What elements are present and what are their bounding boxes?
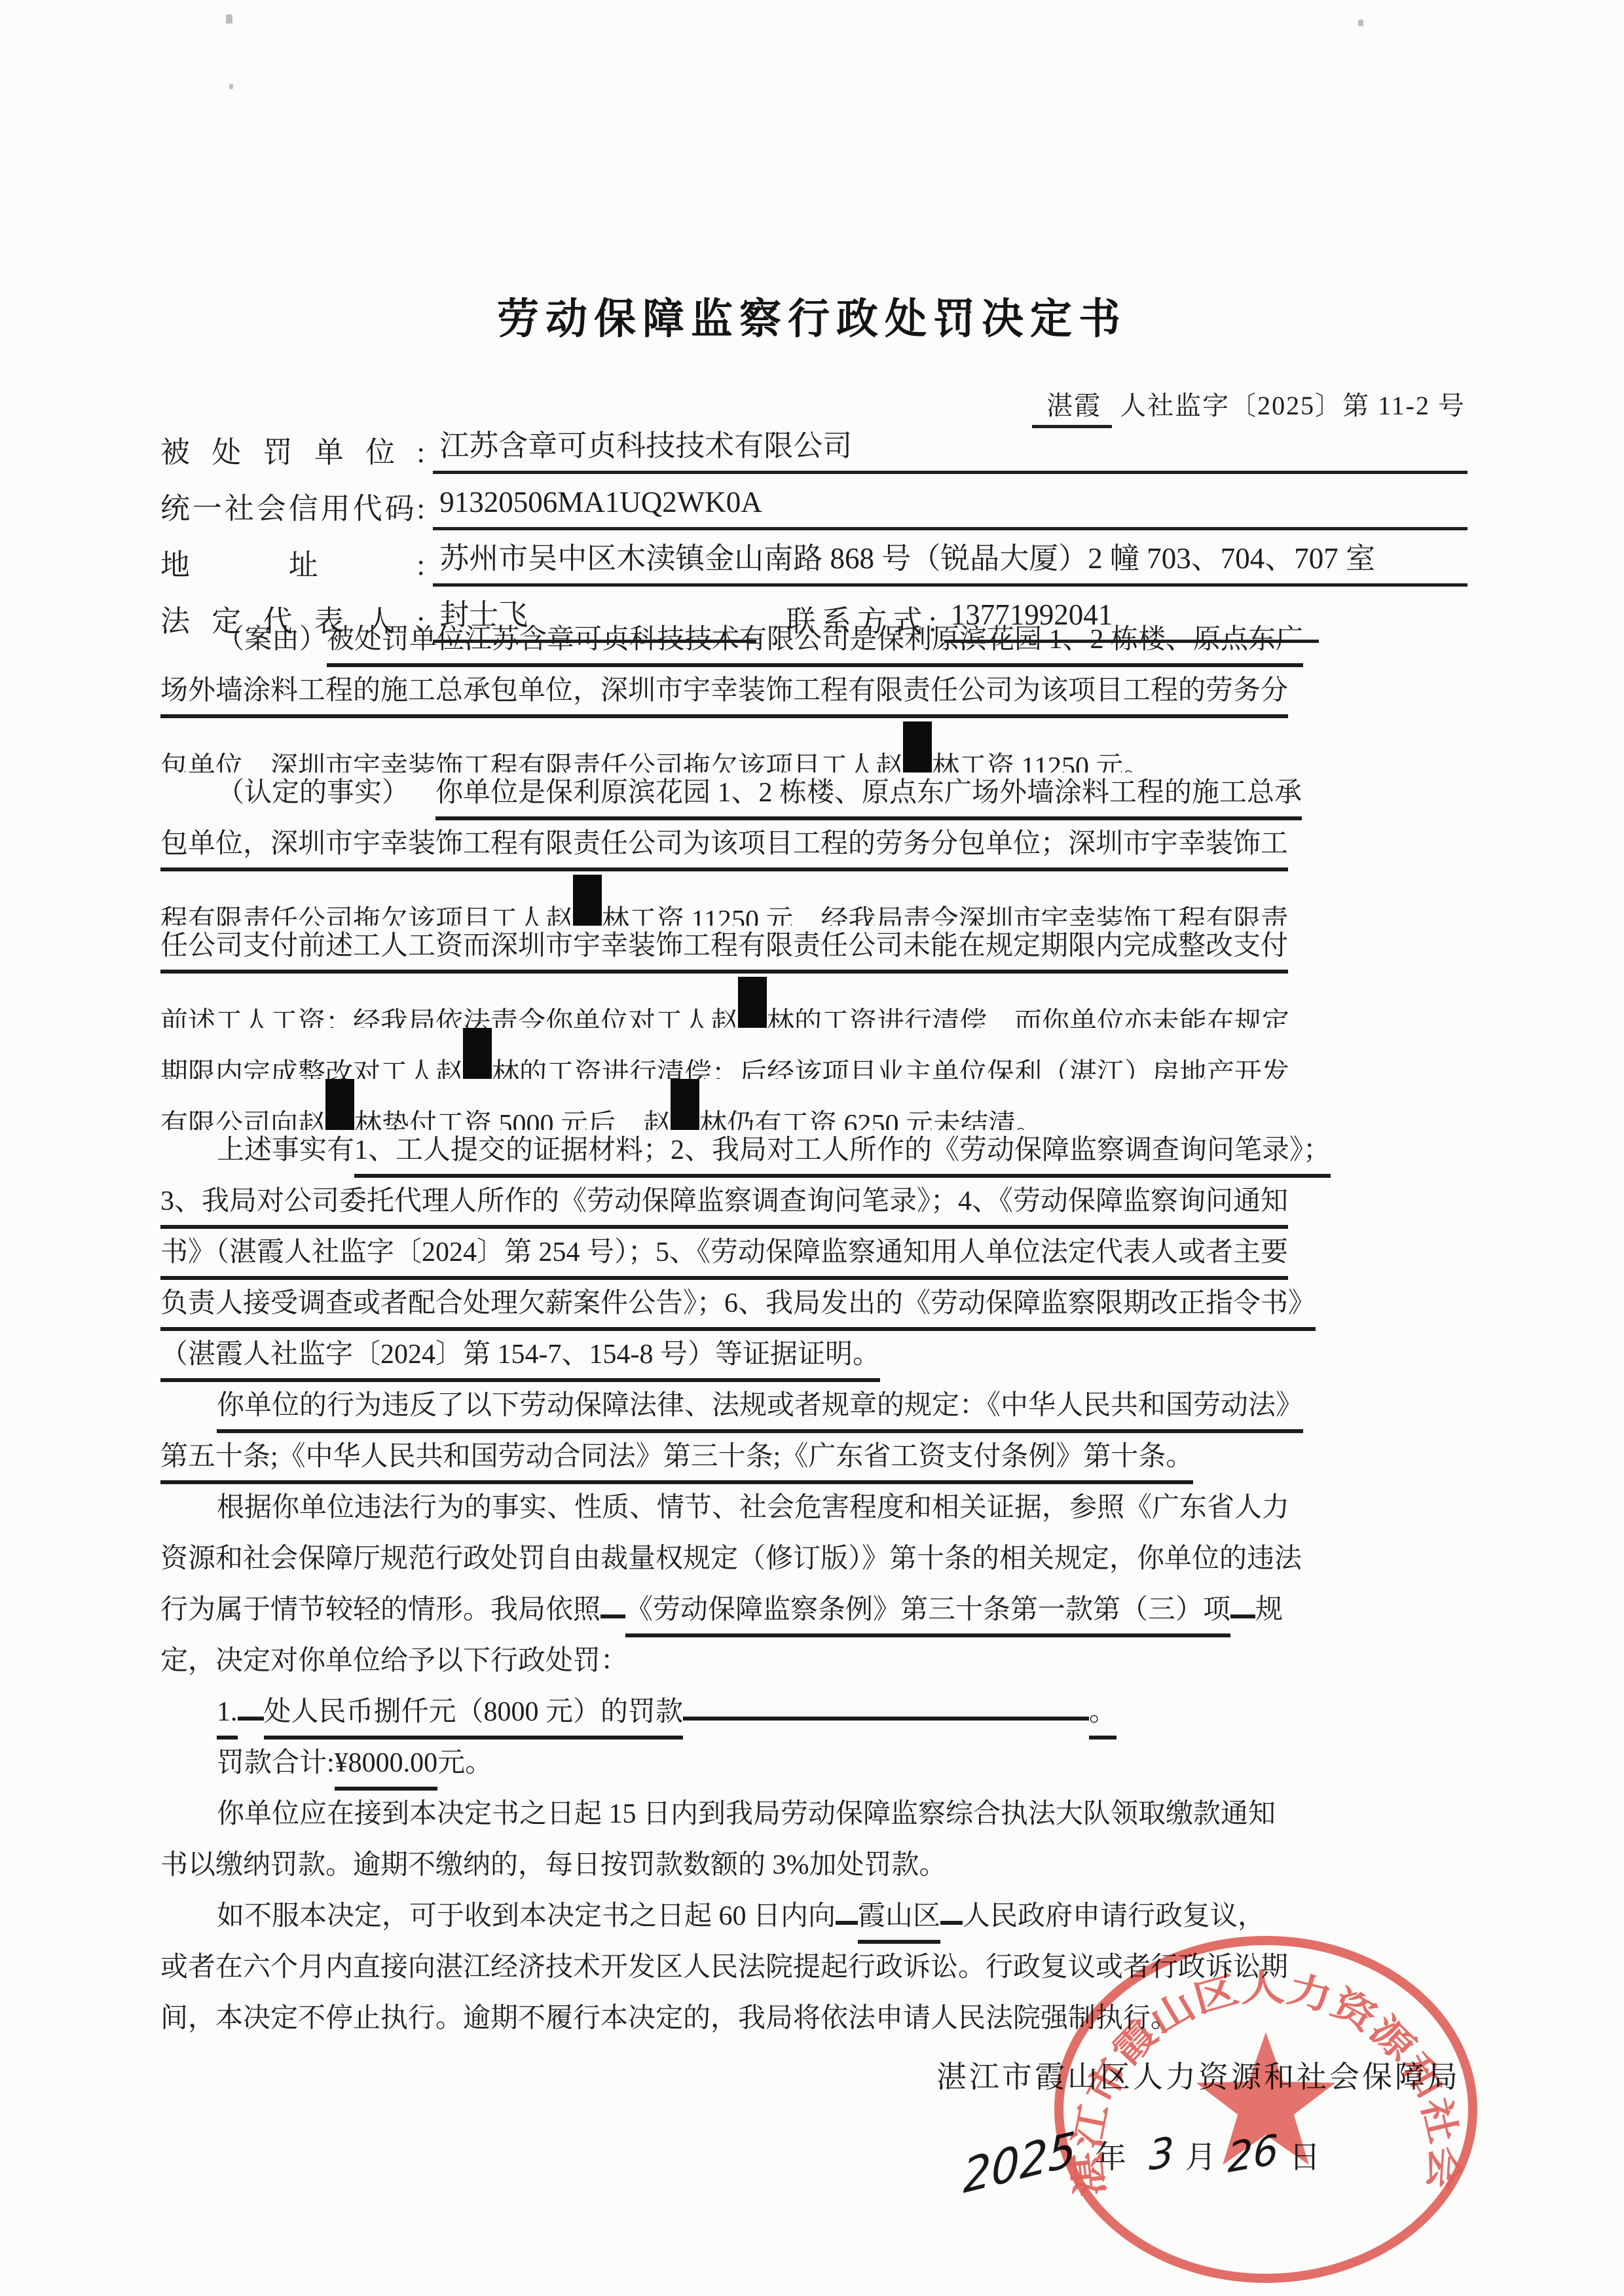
text-run: 前述工人工资；经我局依法责令你单位对工人赵 [160,1002,738,1028]
field-label: 被处罚单位: [160,431,426,474]
handwritten-year: 2025 [963,2121,1077,2205]
redaction-box [463,1028,492,1079]
redaction-box [573,875,602,926]
body-line: （案由）被处罚单位江苏含章可贞科技技术有限公司是保利原滨花园 1、2 栋楼、原点… [160,619,1467,670]
decision-date: 2025年3月26日 [961,2125,1321,2179]
text-run [238,1707,264,1721]
text-run: 林垫付工资 5000 元后，赵 [354,1104,671,1130]
field-row-address: 地址: 苏州市吴中区木渎镇金山南路 868 号（锐晶大厦）2 幢 703、704… [160,537,1467,593]
body-line: 罚款合计:¥8000.00 元。 [160,1743,1467,1794]
body-line: 如不服本决定，可于收到本决定书之日起 60 日内向霞山区人民政府申请行政复议， [160,1896,1467,1947]
text-run: （案由） [217,619,327,660]
document-number-rest: 人社监字〔2025〕第 11-2 号 [1120,391,1466,420]
body-line: 资源和社会保障厅规范行政处罚自由裁量权规定（修订版）》第十条的相关规定，你单位的… [160,1539,1467,1590]
scan-speck [229,84,233,89]
text-run: 上述事实有 [217,1130,354,1171]
body-line: 任公司支付前述工人工资而深圳市宇幸装饰工程有限责任公司未能在规定期限内完成整改支… [160,926,1467,977]
text-run: 林工资 11250 元。 [932,747,1151,773]
body-line: 有限公司向赵林垫付工资 5000 元后，赵林仍有工资 6250 元未结清。 [160,1079,1467,1130]
handwritten-month: 3 [1149,2127,1174,2180]
body-line: 场外墙涂料工程的施工总承包单位，深圳市宇幸装饰工程有限责任公司为该项目工程的劳务… [160,670,1467,721]
body-line: 程有限责任公司拖欠该项目工人赵林工资 11250 元，经我局责令深圳市宇幸装饰工… [160,875,1467,926]
year-label: 年 [1095,2132,1126,2177]
redaction-box [671,1079,699,1130]
text-run [600,1605,625,1618]
text-run: 1、工人提交的证据材料；2、我局对工人所作的《劳动保障监察调查询问笔录》； [354,1130,1331,1178]
text-run: 期限内完成整改对工人赵 [160,1053,463,1079]
text-run: 或者在六个月内直接向湛江经济技术开发区人民法院提起行政诉讼。行政复议或者行政诉讼… [160,1947,1288,1988]
text-run: 1. [217,1692,238,1740]
scan-speck [1358,20,1363,26]
body-line: 或者在六个月内直接向湛江经济技术开发区人民法院提起行政诉讼。行政复议或者行政诉讼… [160,1947,1467,1998]
text-run: 林仍有工资 6250 元未结清。 [699,1104,1043,1130]
document-number: 湛霞 人社监字〔2025〕第 11-2 号 [1032,385,1466,428]
body-line: 3、我局对公司委托代理人所作的《劳动保障监察调查询问笔录》；4、《劳动保障监察询… [160,1181,1467,1232]
body-line: 包单位，深圳市宇幸装饰工程有限责任公司拖欠该项目工人赵林工资 11250 元。 [160,721,1467,773]
text-run: 任公司支付前述工人工资而深圳市宇幸装饰工程有限责任公司未能在规定期限内完成整改支… [160,926,1288,974]
field-value: 91320506MA1UQ2WK0A [433,481,1467,530]
document-number-prefix: 湛霞 [1032,385,1112,428]
field-value: 江苏含章可贞科技技术有限公司 [433,424,1467,474]
text-run: 3、我局对公司委托代理人所作的《劳动保障监察调查询问笔录》；4、《劳动保障监察询… [160,1181,1288,1229]
document-title: 劳动保障监察行政处罚决定书 [0,285,1624,346]
text-run: 霞山区 [858,1896,940,1944]
text-run: 书以缴纳罚款。逾期不缴纳的，每日按罚款数额的 3%加处罚款。 [160,1845,947,1886]
text-run: 根据你单位违法行为的事实、性质、情节、社会危害程度和相关证据，参照《广东省人力 [217,1487,1289,1528]
body-line: 书》（湛霞人社监字〔2024〕第 254 号）；5、《劳动保障监察通知用人单位法… [160,1232,1467,1283]
body-line: 定，决定对你单位给予以下行政处罚： [160,1641,1467,1692]
text-run [1230,1605,1255,1618]
text-run: 行为属于情节较轻的情形。我局依照 [160,1590,600,1630]
text-run: 如不服本决定，可于收到本决定书之日起 60 日内向 [217,1896,836,1937]
text-run: 林的工资进行清偿，而你单位亦未能在规定 [767,1002,1289,1028]
text-run: 元。 [437,1743,492,1783]
body-line: 你单位的行为违反了以下劳动保障法律、法规或者规章的规定：《中华人民共和国劳动法》 [160,1385,1467,1436]
text-run [683,1707,1089,1721]
text-run: 被处罚单位江苏含章可贞科技技术有限公司是保利原滨花园 1、2 栋楼、原点东广 [327,619,1303,667]
text-run: 程有限责任公司拖欠该项目工人赵 [160,900,573,926]
text-run: 你单位的行为违反了以下劳动保障法律、法规或者规章的规定：《中华人民共和国劳动法》 [217,1385,1303,1433]
text-run: （认定的事实） [217,773,409,813]
text-run [940,1911,963,1925]
text-run: 场外墙涂料工程的施工总承包单位，深圳市宇幸装饰工程有限责任公司为该项目工程的劳务… [160,670,1288,718]
body-line: 前述工人工资；经我局依法责令你单位对工人赵林的工资进行清偿，而你单位亦未能在规定 [160,977,1467,1028]
field-row-credit-code: 统一社会信用代码: 91320506MA1UQ2WK0A [160,481,1467,537]
body-line: 行为属于情节较轻的情形。我局依照《劳动保障监察条例》第三十条第一款第（三）项规 [160,1590,1467,1641]
field-row-penalized-unit: 被处罚单位: 江苏含章可贞科技技术有限公司 [160,424,1467,481]
body-line: 包单位，深圳市宇幸装饰工程有限责任公司为该项目工程的劳务分包单位；深圳市宇幸装饰… [160,824,1467,875]
field-label: 统一社会信用代码: [160,487,426,530]
body-line: 书以缴纳罚款。逾期不缴纳的，每日按罚款数额的 3%加处罚款。 [160,1845,1467,1896]
day-label: 日 [1289,2132,1321,2177]
text-run: 你单位应在接到本决定书之日起 15 日内到我局劳动保障监察综合执法大队领取缴款通… [217,1794,1276,1834]
redaction-box [903,721,932,773]
issuing-agency: 湛江市霞山区人力资源和社会保障局 [936,2053,1460,2096]
header-fields: 被处罚单位: 江苏含章可贞科技技术有限公司 统一社会信用代码: 91320506… [160,424,1467,649]
text-run: 第五十条;《中华人民共和国劳动合同法》第三十条;《广东省工资支付条例》第十条。 [160,1436,1193,1484]
body-line: 负责人接受调查或者配合处理欠薪案件公告》；6、我局发出的《劳动保障监察限期改正指… [160,1283,1467,1334]
scanned-document-page: 劳动保障监察行政处罚决定书 湛霞 人社监字〔2025〕第 11-2 号 被处罚单… [0,0,1624,2296]
redaction-box [738,977,767,1028]
text-run: ¥8000.00 [335,1743,438,1791]
body-line: 上述事实有 1、工人提交的证据材料；2、我局对工人所作的《劳动保障监察调查询问笔… [160,1130,1467,1181]
body-line: 第五十条;《中华人民共和国劳动合同法》第三十条;《广东省工资支付条例》第十条。 [160,1436,1467,1487]
text-run: 间，本决定不停止执行。逾期不履行本决定的，我局将依法申请人民法院强制执行。 [160,1998,1178,2039]
body-line: （认定的事实）你单位是保利原滨花园 1、2 栋楼、原点东广场外墙涂料工程的施工总… [160,773,1467,824]
text-run: （湛霞人社监字〔2024〕第 154-7、154-8 号）等证据证明。 [160,1334,880,1382]
text-run: 你单位是保利原滨花园 1、2 栋楼、原点东广场外墙涂料工程的施工总承 [435,773,1302,820]
text-run: 规 [1255,1590,1283,1630]
redaction-box [325,1079,354,1130]
text-run: 人民政府申请行政复议， [963,1896,1265,1937]
text-run: 资源和社会保障厅规范行政处罚自由裁量权规定（修订版）》第十条的相关规定，你单位的… [160,1539,1302,1579]
text-run: 罚款合计: [217,1743,335,1783]
text-run [409,795,435,801]
handwritten-day: 26 [1227,2125,1278,2183]
body-line: 间，本决定不停止执行。逾期不履行本决定的，我局将依法申请人民法院强制执行。 [160,1998,1467,2049]
scan-speck [226,14,232,24]
body-line: 根据你单位违法行为的事实、性质、情节、社会危害程度和相关证据，参照《广东省人力 [160,1487,1467,1539]
body-line: 1.处人民币捌仟元（8000 元）的罚款。 [160,1692,1467,1743]
body-line: （湛霞人社监字〔2024〕第 154-7、154-8 号）等证据证明。 [160,1334,1467,1385]
field-label: 地址: [160,543,426,587]
text-run: 处人民币捌仟元（8000 元）的罚款 [264,1692,684,1740]
text-run: 。 [1089,1692,1116,1740]
text-run: 包单位，深圳市宇幸装饰工程有限责任公司为该项目工程的劳务分包单位；深圳市宇幸装饰… [160,824,1288,871]
text-run: 有限公司向赵 [160,1104,325,1130]
text-run: 《劳动保障监察条例》第三十条第一款第（三）项 [625,1590,1230,1637]
text-run: 林工资 11250 元，经我局责令深圳市宇幸装饰工程有限责 [602,900,1288,926]
text-run: 书》（湛霞人社监字〔2024〕第 254 号）；5、《劳动保障监察通知用人单位法… [160,1232,1288,1280]
month-label: 月 [1185,2132,1217,2177]
body-line: 期限内完成整改对工人赵林的工资进行清偿；后经该项目业主单位保利（湛江）房地产开发 [160,1028,1467,1079]
text-run: 负责人接受调查或者配合处理欠薪案件公告》；6、我局发出的《劳动保障监察限期改正指… [160,1283,1316,1331]
body-lines: （案由）被处罚单位江苏含章可贞科技技术有限公司是保利原滨花园 1、2 栋楼、原点… [160,619,1467,2049]
field-value: 苏州市吴中区木渎镇金山南路 868 号（锐晶大厦）2 幢 703、704、707… [433,537,1467,587]
text-run [836,1911,858,1925]
body-line: 你单位应在接到本决定书之日起 15 日内到我局劳动保障监察综合执法大队领取缴款通… [160,1794,1467,1845]
text-run: 包单位，深圳市宇幸装饰工程有限责任公司拖欠该项目工人赵 [160,747,903,773]
text-run: 林的工资进行清偿；后经该项目业主单位保利（湛江）房地产开发 [492,1053,1289,1079]
text-run: 定，决定对你单位给予以下行政处罚： [160,1641,628,1681]
